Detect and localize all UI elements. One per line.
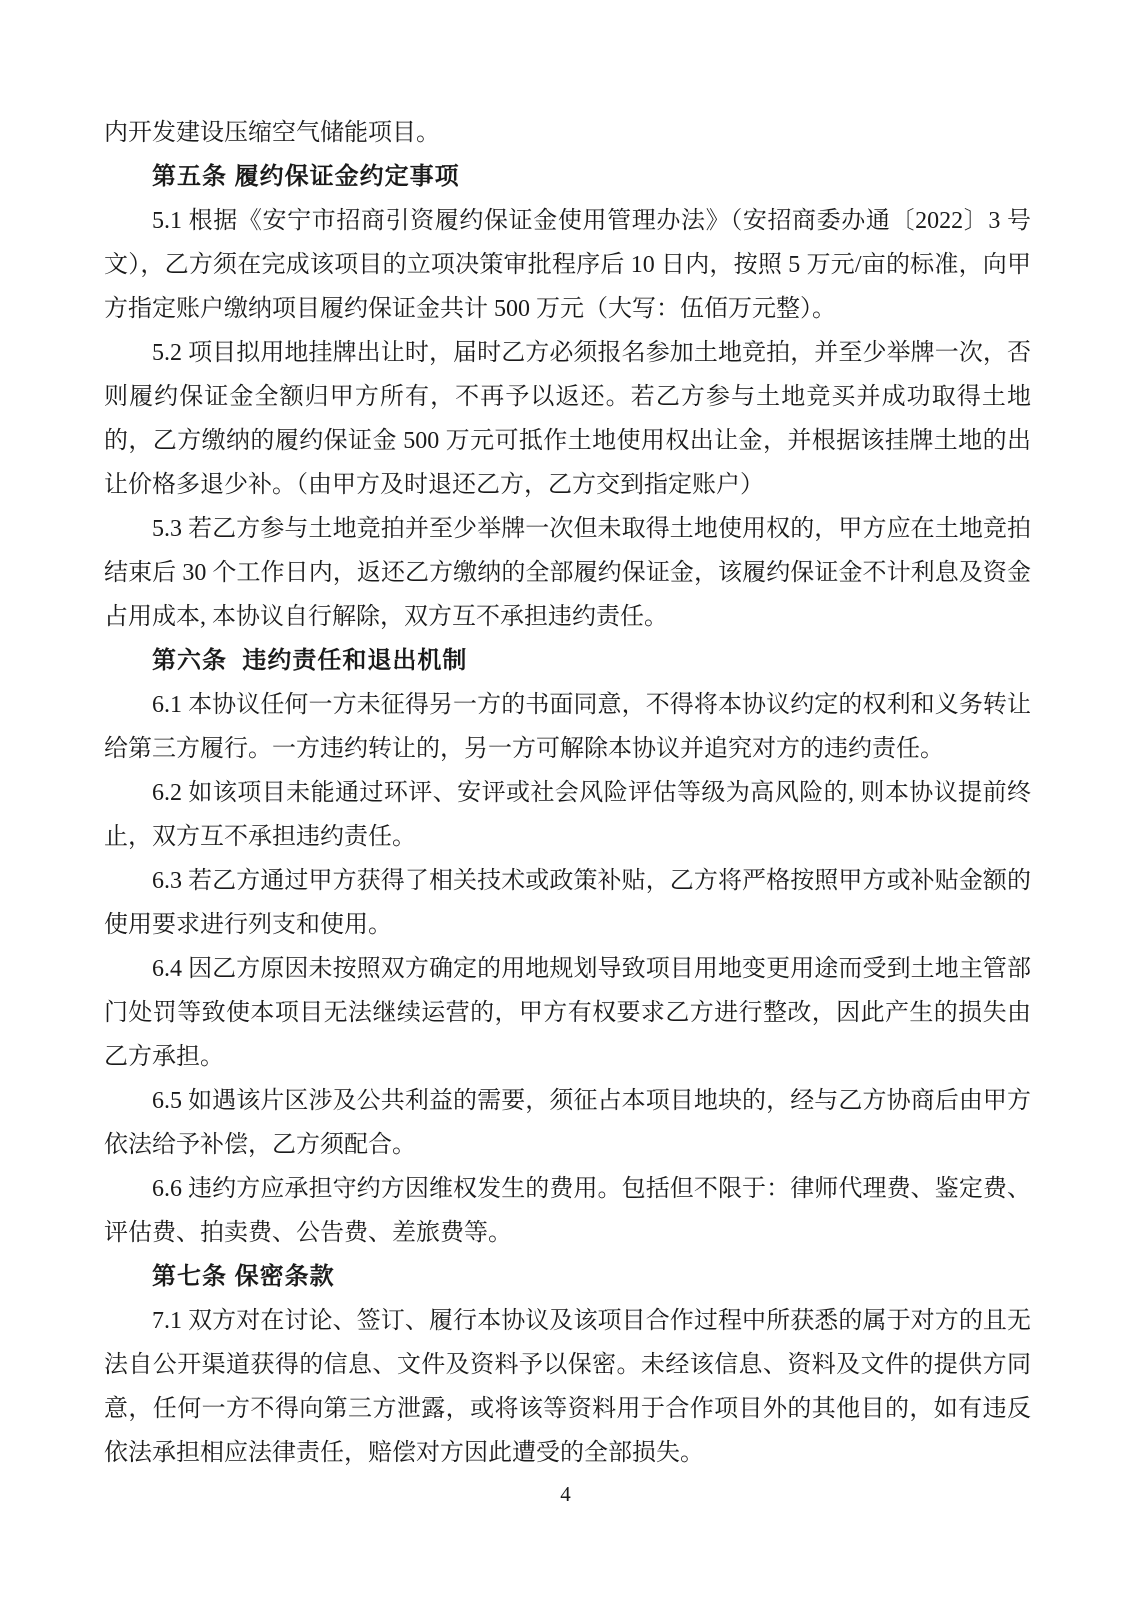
paragraph-clause-5-3: 5.3 若乙方参与土地竞拍并至少举牌一次但未取得土地使用权的，甲方应在土地竞拍结… [104,507,1031,639]
paragraph-clause-6-1: 6.1 本协议任何一方未征得另一方的书面同意，不得将本协议约定的权利和义务转让给… [104,683,1031,771]
paragraph-clause-6-6: 6.6 违约方应承担守约方因维权发生的费用。包括但不限于：律师代理费、鉴定费、评… [104,1167,1031,1255]
page-number: 4 [0,1480,1131,1508]
document-page: 内开发建设压缩空气储能项目。 第五条 履约保证金约定事项 5.1 根据《安宁市招… [0,0,1131,1600]
heading-article-6: 第六条 违约责任和退出机制 [104,639,1031,683]
document-body: 内开发建设压缩空气储能项目。 第五条 履约保证金约定事项 5.1 根据《安宁市招… [104,0,1031,1475]
paragraph-clause-6-3: 6.3 若乙方通过甲方获得了相关技术或政策补贴，乙方将严格按照甲方或补贴金额的使… [104,859,1031,947]
paragraph-clause-6-2: 6.2 如该项目未能通过环评、安评或社会风险评估等级为高风险的, 则本协议提前终… [104,771,1031,859]
heading-article-5: 第五条 履约保证金约定事项 [104,155,1031,199]
paragraph-clause-6-5: 6.5 如遇该片区涉及公共利益的需要，须征占本项目地块的，经与乙方协商后由甲方依… [104,1079,1031,1167]
paragraph-clause-6-4: 6.4 因乙方原因未按照双方确定的用地规划导致项目用地变更用途而受到土地主管部门… [104,947,1031,1079]
paragraph-continuation-top: 内开发建设压缩空气储能项目。 [104,111,1031,155]
paragraph-clause-5-1: 5.1 根据《安宁市招商引资履约保证金使用管理办法》（安招商委办通〔2022〕3… [104,199,1031,331]
paragraph-clause-7-1: 7.1 双方对在讨论、签订、履行本协议及该项目合作过程中所获悉的属于对方的且无法… [104,1299,1031,1475]
paragraph-clause-5-2: 5.2 项目拟用地挂牌出让时，届时乙方必须报名参加土地竞拍，并至少举牌一次，否则… [104,331,1031,507]
heading-article-7: 第七条 保密条款 [104,1255,1031,1299]
